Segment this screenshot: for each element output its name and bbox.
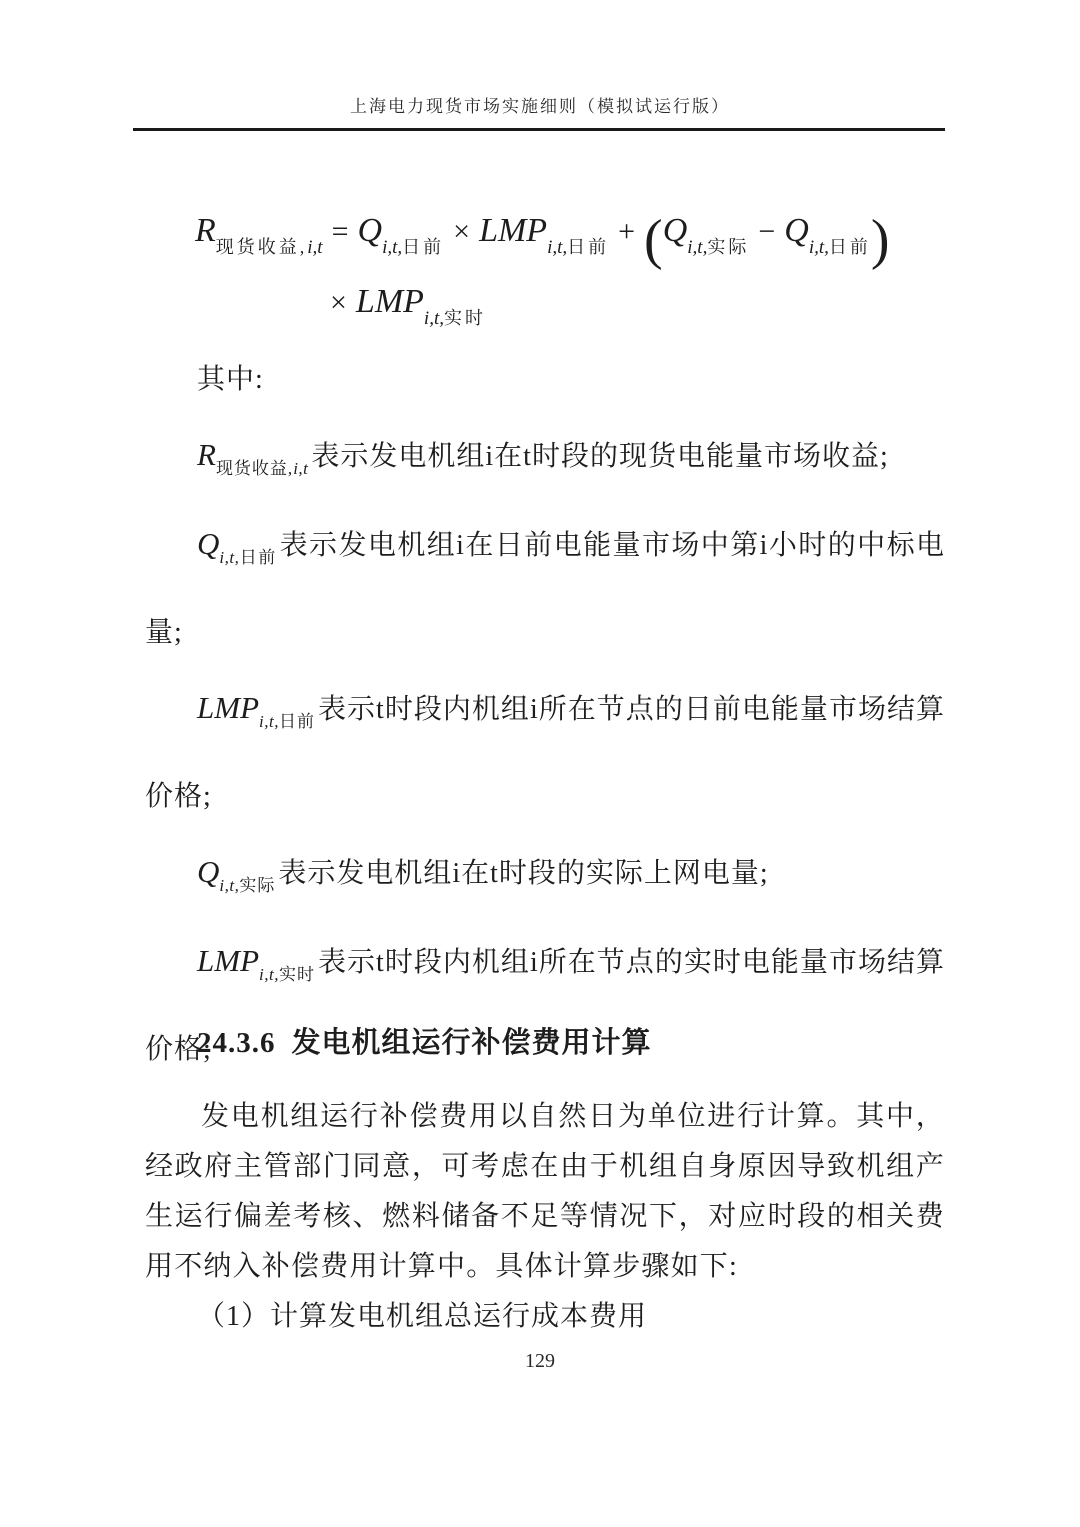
formula-q-dayahead-subscript-cjk: 日前 [402, 237, 444, 257]
definition-r-spot-revenue: R现货收益,i,t表示发电机组i在t时段的现货电能量市场收益; [145, 417, 945, 506]
plus-sign: + [609, 215, 644, 248]
def-lmp-dayahead-math: LMPi,t,日前 [197, 694, 315, 725]
def-q-actual-math: Qi,t,实际 [197, 858, 275, 889]
def-q-dayahead-symbol: Q [197, 526, 219, 561]
def-q-dayahead-subscript-cjk: 日前 [239, 548, 276, 567]
formula-r-subscript-it: i,t [307, 237, 322, 258]
formula-lmp-dayahead-symbol: LMP [479, 212, 547, 249]
definitions-block: 其中: R现货收益,i,t表示发电机组i在t时段的现货电能量市场收益; Qi,t… [145, 342, 945, 1087]
def-lmp-realtime-symbol: LMP [197, 943, 259, 978]
def-lmp-dayahead-subscript-it: i,t, [259, 712, 279, 731]
formula-lmp-dayahead-subscript-it: i,t, [547, 237, 567, 258]
def-q-actual-subscript-cjk: 实际 [239, 876, 275, 895]
def-r-symbol: R [197, 437, 216, 472]
def-lmp-dayahead-subscript-cjk: 日前 [279, 712, 315, 731]
formula-line-2: ×LMPi,t,实时 [330, 272, 486, 349]
def-lmp-realtime-math: LMPi,t,实时 [197, 947, 315, 978]
where-label: 其中: [145, 342, 945, 417]
definition-q-actual: Qi,t,实际表示发电机组i在t时段的实际上网电量; [145, 834, 945, 923]
formula-line-1: R现货收益,i,t=Qi,t,日前×LMPi,t,日前+(Qi,t,实际−Qi,… [195, 196, 890, 283]
formula-r-subscript-cjk: 现货收益, [216, 237, 308, 257]
definition-lmp-dayahead: LMPi,t,日前表示t时段内机组i所在节点的日前电能量市场结算价格; [145, 670, 945, 834]
formula-r-symbol: R [195, 212, 216, 249]
formula-lmp-realtime-symbol: LMP [356, 283, 424, 320]
formula-q-actual-subscript-it: i,t, [687, 237, 707, 258]
section-number: 24.3.6 [197, 1027, 276, 1059]
def-r-text: 表示发电机组i在t时段的现货电能量市场收益; [311, 441, 888, 472]
section-title: 发电机组运行补偿费用计算 [292, 1027, 652, 1059]
header-rule [133, 128, 945, 131]
def-r-math: R现货收益,i,t [197, 441, 308, 472]
times-sign: × [444, 215, 479, 248]
formula-q-dayahead-subscript-it: i,t, [382, 237, 402, 258]
formula-lmp-realtime-subscript-it: i,t, [424, 308, 444, 329]
formula-q-dayahead2-subscript-it: i,t, [809, 237, 829, 258]
def-r-subscript-it: i,t [293, 459, 308, 478]
formula-q-dayahead2-subscript-cjk: 日前 [829, 237, 871, 257]
def-lmp-realtime-subscript-it: i,t, [259, 965, 279, 984]
minus-sign: − [749, 215, 784, 248]
list-item-1: （1）计算发电机组总运行成本费用 [145, 1292, 945, 1342]
formula-q-dayahead-symbol: Q [358, 212, 383, 249]
body-paragraph: 发电机组运行补偿费用以自然日为单位进行计算。其中，经政府主管部门同意，可考虑在由… [145, 1092, 945, 1292]
def-lmp-dayahead-symbol: LMP [197, 690, 259, 725]
def-q-dayahead-math: Qi,t,日前 [197, 530, 277, 561]
times-sign-2: × [330, 286, 356, 319]
close-paren: ) [871, 209, 890, 271]
open-paren: ( [644, 209, 663, 271]
def-q-dayahead-subscript-it: i,t, [219, 548, 239, 567]
def-q-actual-subscript-it: i,t, [219, 876, 239, 895]
formula-q-dayahead2-symbol: Q [784, 212, 809, 249]
formula-lmp-realtime-subscript-cjk: 实时 [444, 308, 486, 328]
def-q-actual-symbol: Q [197, 854, 219, 889]
definition-q-dayahead: Qi,t,日前表示发电机组i在日前电能量市场中第i小时的中标电量; [145, 506, 945, 670]
formula-lmp-dayahead-subscript-cjk: 日前 [567, 237, 609, 257]
def-lmp-realtime-subscript-cjk: 实时 [279, 965, 315, 984]
header-title: 上海电力现货市场实施细则（模拟试运行版） [0, 92, 1080, 117]
where-label-text: 其中: [197, 364, 264, 395]
formula-q-actual-symbol: Q [663, 212, 688, 249]
page-number: 129 [0, 1350, 1080, 1373]
equals-sign: = [323, 215, 358, 248]
def-q-actual-text: 表示发电机组i在t时段的实际上网电量; [278, 858, 768, 889]
document-page: 上海电力现货市场实施细则（模拟试运行版） R现货收益,i,t=Qi,t,日前×L… [0, 0, 1080, 1527]
def-r-subscript-cjk: 现货收益, [216, 459, 293, 478]
formula-q-actual-subscript-cjk: 实际 [707, 237, 749, 257]
section-heading: 24.3.6发电机组运行补偿费用计算 [197, 1018, 652, 1068]
